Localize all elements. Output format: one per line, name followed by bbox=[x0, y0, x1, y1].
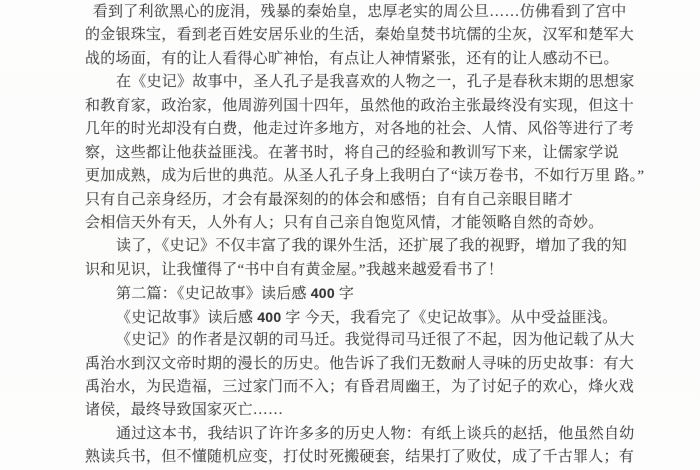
text-line: 更加成熟，成为后世的典范。从圣人孔子身上我明白了“读万卷书，不如行万里 路。” bbox=[85, 165, 645, 188]
text-segment: 字 bbox=[335, 286, 354, 302]
document-page: 看到了利欲黑心的庞涓，残暴的秦始皇，忠厚老实的周公旦……仿佛看到了宫中的金银珠宝… bbox=[0, 0, 700, 470]
text-segment: 几年的时光却没有白费，他走过许多地方，对各地的社会、人情、风俗等进行了考 bbox=[85, 121, 634, 137]
text-segment: 和教育家，政治家，他周游列国十四年，虽然他的政治主张最终没有实现，但这十 bbox=[85, 98, 634, 114]
text-line: 战的场面，有的让人看得心旷神怡，有点让人神情紧张，还有的让人感动不已。 bbox=[85, 48, 645, 71]
text-line: 第二篇：《史记故事》读后感 400 字 bbox=[85, 282, 645, 305]
text-line: 禹治水到汉文帝时期的漫长的历史。他告诉了我们无数耐人寻味的历史故事：有大 bbox=[85, 353, 645, 376]
text-segment: 诸侯，最终导致国家灭亡…… bbox=[85, 402, 283, 418]
bold-text-segment: 400 bbox=[257, 309, 281, 325]
text-line: 和教育家，政治家，他周游列国十四年，虽然他的政治主张最终没有实现，但这十 bbox=[85, 95, 645, 118]
text-segment: 熟读兵书，但不懂随机应变，打仗时死搬硬套，结果打了败仗，成了千古罪人；有 bbox=[85, 449, 634, 465]
text-segment: 在《史记》故事中，圣人孔子是我喜欢的人物之一，孔子是春秋末期的思想家 bbox=[116, 74, 635, 90]
text-segment: 读了，《史记》不仅丰富了我的课外生活，还扩展了我的视野，增加了我的知 bbox=[116, 238, 627, 254]
text-segment: 禹治水到汉文帝时期的漫长的历史。他告诉了我们无数耐人寻味的历史故事：有大 bbox=[85, 356, 634, 372]
text-segment: 的金银珠宝，看到老百姓安居乐业的生活，秦始皇焚书坑儒的尘灰，汉军和楚军大 bbox=[85, 27, 634, 43]
text-segment: 第二篇：《史记故事》读后感 bbox=[116, 286, 311, 302]
text-line: 读了，《史记》不仅丰富了我的课外生活，还扩展了我的视野，增加了我的知 bbox=[85, 235, 645, 258]
text-segment: 更加成熟，成为后世的典范。从圣人孔子身上我明白了“读万卷书，不如行万里 路。” bbox=[85, 168, 644, 184]
text-line: 通过这本书，我结识了许许多多的历史人物：有纸上谈兵的赵括，他虽然自幼 bbox=[85, 423, 645, 446]
bold-text-segment: 400 bbox=[311, 285, 335, 301]
text-line: 《史记故事》读后感 400 字 今天，我看完了《史记故事》。从中受益匪浅。 bbox=[85, 306, 645, 329]
text-line: 识和见识，让我懂得了“书中自有黄金屋。”我越来越爱看书了！ bbox=[85, 259, 645, 282]
text-line: 看到了利欲黑心的庞涓，残暴的秦始皇，忠厚老实的周公旦……仿佛看到了宫中 bbox=[85, 1, 645, 24]
text-line: 诸侯，最终导致国家灭亡…… bbox=[85, 399, 645, 422]
text-segment: 通过这本书，我结识了许许多多的历史人物：有纸上谈兵的赵括，他虽然自幼 bbox=[116, 426, 635, 442]
text-line: 的金银珠宝，看到老百姓安居乐业的生活，秦始皇焚书坑儒的尘灰，汉军和楚军大 bbox=[85, 24, 645, 47]
text-line: 只有自己亲身经历，才会有最深刻的的体会和感悟；自有自己亲眼目睹才 bbox=[85, 189, 645, 212]
text-segment: 察，这些都让他获益匪浅。在著书时，将自己的经验和教训写下来，让儒家学说 bbox=[85, 145, 619, 161]
text-segment: 识和见识，让我懂得了“书中自有黄金屋。”我越来越爱看书了！ bbox=[85, 262, 503, 278]
text-segment: 看到了利欲黑心的庞涓，残暴的秦始皇，忠厚老实的周公旦……仿佛看到了宫中 bbox=[93, 4, 627, 20]
text-segment: 《史记故事》读后感 bbox=[116, 310, 257, 326]
text-line: 几年的时光却没有白费，他走过许多地方，对各地的社会、人情、风俗等进行了考 bbox=[85, 118, 645, 141]
text-line: 察，这些都让他获益匪浅。在著书时，将自己的经验和教训写下来，让儒家学说 bbox=[85, 142, 645, 165]
essay-text-block: 看到了利欲黑心的庞涓，残暴的秦始皇，忠厚老实的周公旦……仿佛看到了宫中的金银珠宝… bbox=[85, 1, 645, 470]
text-line: 在《史记》故事中，圣人孔子是我喜欢的人物之一，孔子是春秋末期的思想家 bbox=[85, 71, 645, 94]
text-line: 禹治水，为民造福，三过家门而不入；有昏君周幽王，为了讨妃子的欢心，烽火戏 bbox=[85, 376, 645, 399]
text-segment: 禹治水，为民造福，三过家门而不入；有昏君周幽王，为了讨妃子的欢心，烽火戏 bbox=[85, 379, 634, 395]
text-segment: 《史记》的作者是汉朝的司马迁。我觉得司马迁很了不起，因为他记载了从大 bbox=[116, 332, 635, 348]
text-segment: 会相信天外有天，人外有人；只有自己亲自饱览风情，才能领略自然的奇妙。 bbox=[85, 215, 604, 231]
text-line: 熟读兵书，但不懂随机应变，打仗时死搬硬套，结果打了败仗，成了千古罪人；有 bbox=[85, 446, 645, 469]
text-segment: 只有自己亲身经历，才会有最深刻的的体会和感悟；自有自己亲眼目睹才 bbox=[85, 192, 573, 208]
text-segment: 字 今天，我看完了《史记故事》。从中受益匪浅。 bbox=[281, 310, 617, 326]
text-segment: 战的场面，有的让人看得心旷神怡，有点让人神情紧张，还有的让人感动不已。 bbox=[85, 51, 619, 67]
text-line: 会相信天外有天，人外有人；只有自己亲自饱览风情，才能领略自然的奇妙。 bbox=[85, 212, 645, 235]
text-line: 《史记》的作者是汉朝的司马迁。我觉得司马迁很了不起，因为他记载了从大 bbox=[85, 329, 645, 352]
